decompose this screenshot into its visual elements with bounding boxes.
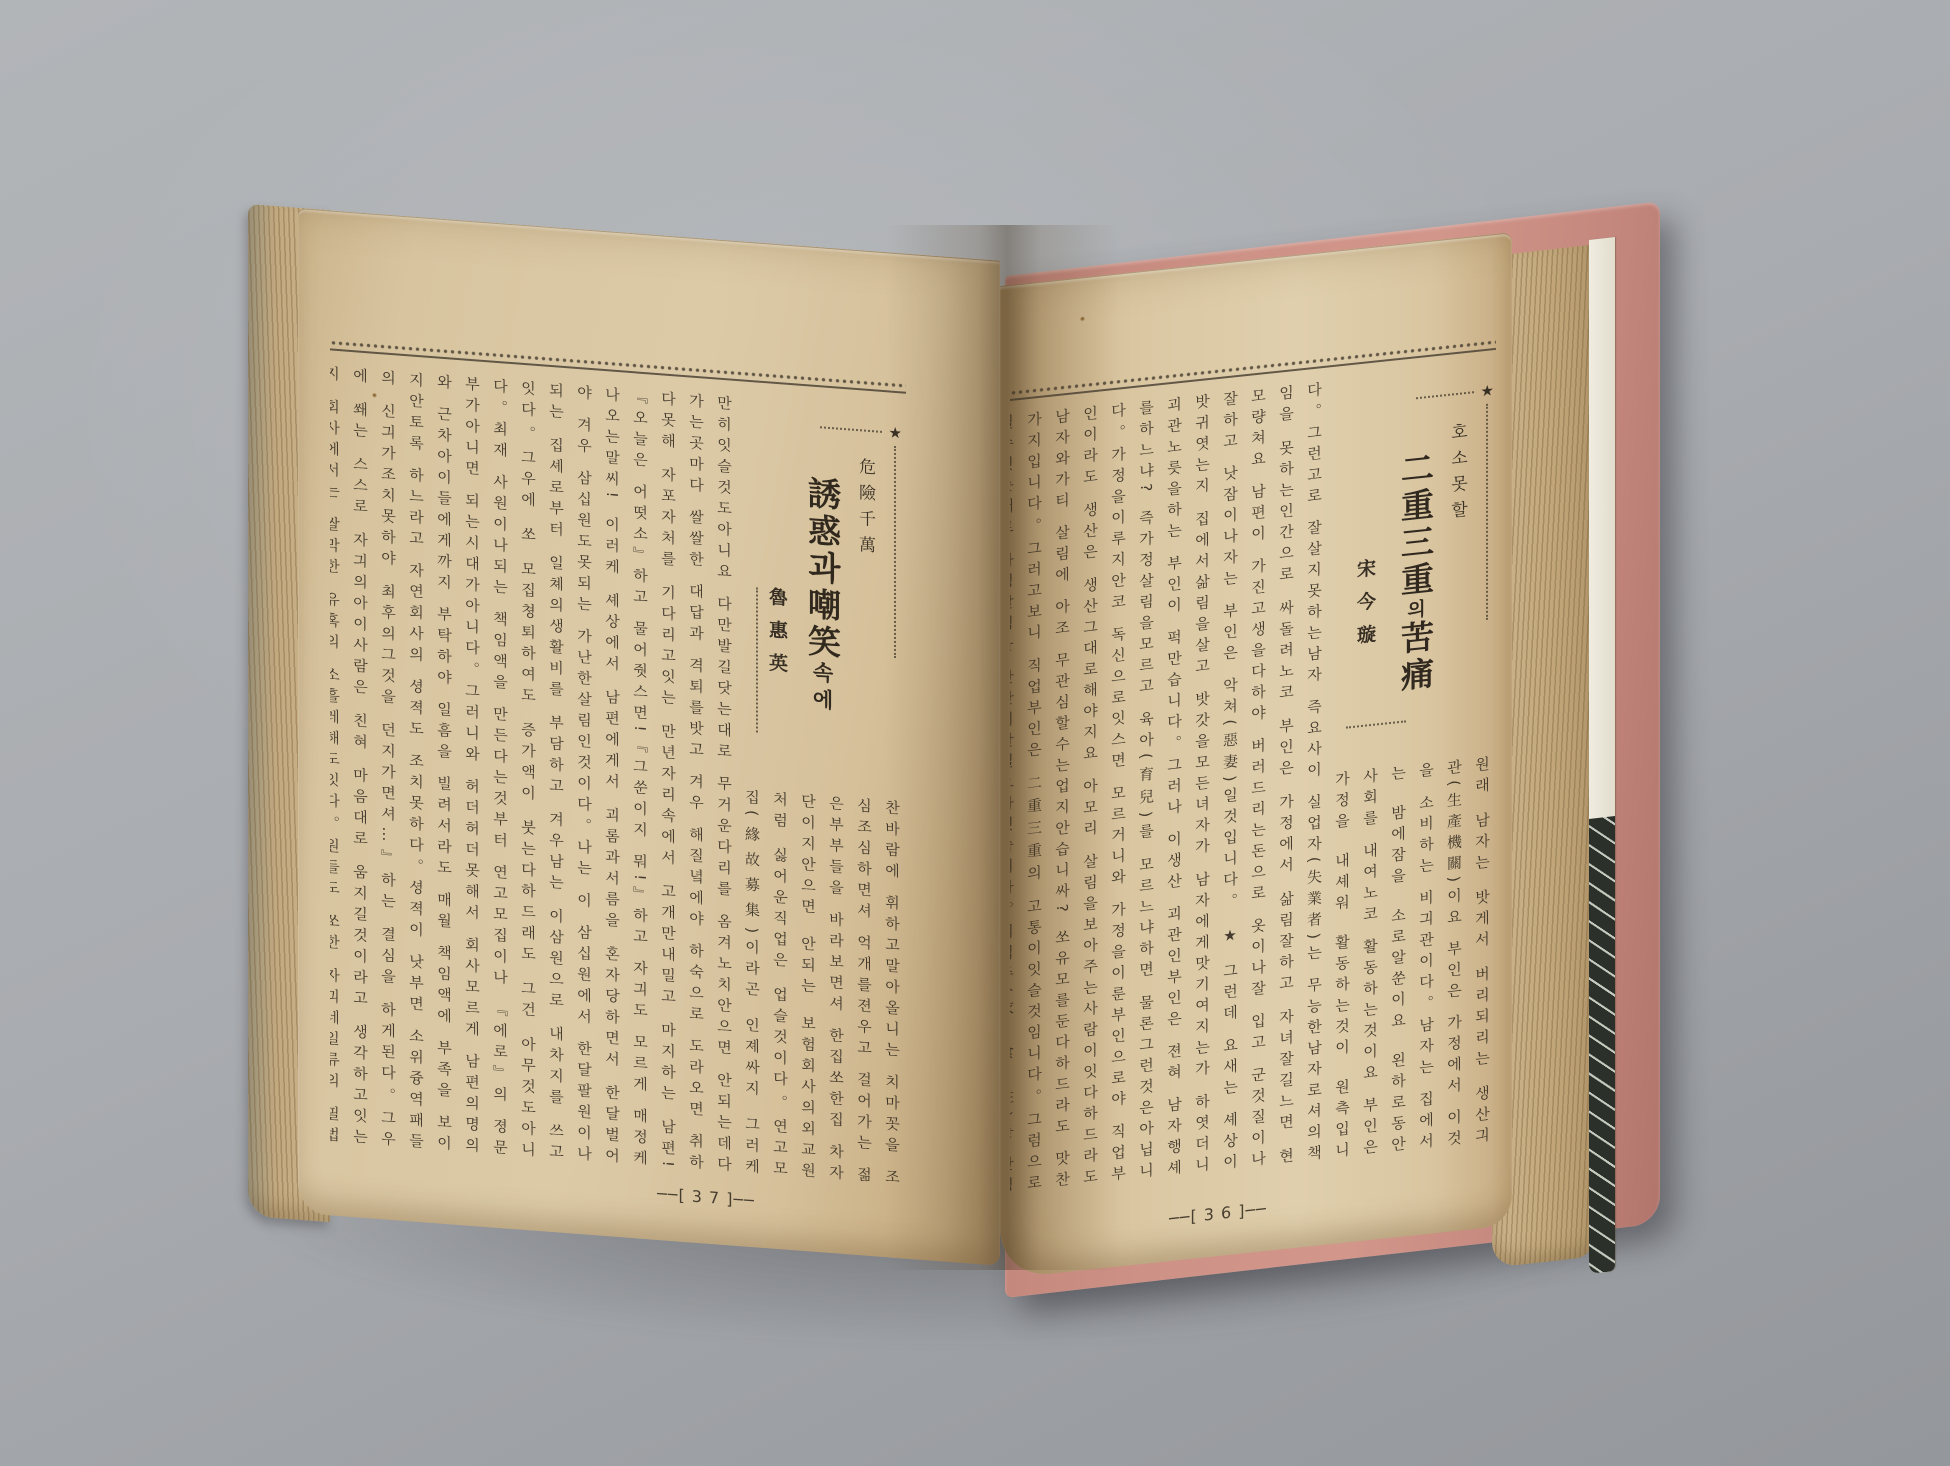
page-number: ──[ 3 6 ]── xyxy=(1128,1195,1308,1233)
article-kicker: 호소못할 xyxy=(1445,422,1470,529)
author-name: 魯惠英 xyxy=(764,586,791,687)
author-name: 宋今璇 xyxy=(1352,557,1379,659)
article-title: 誘惑과嘲笑속에 xyxy=(799,475,846,718)
dotted-rule-horizontal xyxy=(820,426,882,433)
article-title-block-left: ★ 危險千萬 誘惑과嘲笑속에 魯惠英 xyxy=(756,397,906,788)
dotted-rule-vertical xyxy=(894,446,896,658)
article-body-right: ★ 호소못할 二重三重의苦痛 宋今璇 원래 남자는 밧게서 버리되리는 생산긔관… xyxy=(1010,363,1496,1198)
star-icon: ★ xyxy=(1481,381,1494,400)
star-icon: ★ xyxy=(889,423,902,442)
article-title: 二重三重의苦痛 xyxy=(1392,449,1439,697)
underlying-photo-print xyxy=(1589,816,1615,1274)
article-body-left: ★ 危險千萬 誘惑과嘲笑속에 魯惠英 찬바람에 휘하고말아올니는 치마꼿을 조심… xyxy=(330,365,906,1190)
foxing-speck xyxy=(1080,316,1085,322)
magazine-page-36: ★ 호소못할 二重三重의苦痛 宋今璇 원래 남자는 밧게서 버리되리는 생산긔관… xyxy=(1000,232,1512,1279)
magazine-page-37: ★ 危險千萬 誘惑과嘲笑속에 魯惠英 찬바람에 휘하고말아올니는 치마꼿을 조심… xyxy=(298,208,1000,1266)
page-number: ──[ 3 7 ]── xyxy=(616,1181,796,1214)
article-title-block-right: ★ 호소못할 二重三重의苦痛 宋今璇 xyxy=(1346,363,1496,759)
photo-backdrop: ★ 危險千萬 誘惑과嘲笑속에 魯惠英 찬바람에 휘하고말아올니는 치마꼿을 조심… xyxy=(0,0,1950,1466)
dotted-rule-vertical xyxy=(1486,404,1488,620)
dotted-rule-author xyxy=(756,587,758,732)
dotted-rule-horizontal xyxy=(1416,391,1474,399)
underlying-page-edge xyxy=(1589,237,1615,1274)
article-kicker: 危險千萬 xyxy=(853,457,878,563)
dotted-rule-author xyxy=(1346,720,1406,728)
